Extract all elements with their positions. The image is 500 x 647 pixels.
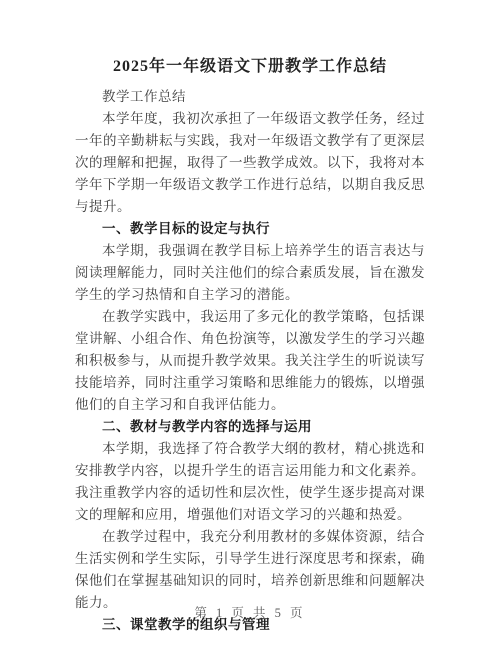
- document-page: 2025年一年级语文下册教学工作总结 教学工作总结 本学年度，我初次承担了一年级…: [0, 0, 500, 647]
- document-subtitle: 教学工作总结: [75, 86, 425, 108]
- section-heading-2: 二、教材与教学内容的选择与运用: [75, 416, 425, 438]
- document-content: 2025年一年级语文下册教学工作总结 教学工作总结 本学年度，我初次承担了一年级…: [75, 55, 425, 636]
- document-title: 2025年一年级语文下册教学工作总结: [75, 55, 425, 79]
- paragraph-process: 在教学过程中，我充分利用教材的多媒体资源，结合生活实例和学生实际，引导学生进行深…: [75, 526, 425, 614]
- paragraph-materials: 本学期，我选择了符合教学大纲的教材，精心挑选和安排教学内容，以提升学生的语言运用…: [75, 438, 425, 526]
- paragraph-overview: 本学年度，我初次承担了一年级语文教学任务，经过一年的辛勤耕耘与实践，我对一年级语…: [75, 108, 425, 218]
- section-heading-1: 一、教学目标的设定与执行: [75, 218, 425, 240]
- paragraph-goals: 本学期，我强调在教学目标上培养学生的语言表达与阅读理解能力，同时关注他们的综合素…: [75, 240, 425, 306]
- page-number-footer: 第 1 页 共 5 页: [0, 603, 500, 621]
- paragraph-practice: 在教学实践中，我运用了多元化的教学策略，包括课堂讲解、小组合作、角色扮演等，以激…: [75, 306, 425, 416]
